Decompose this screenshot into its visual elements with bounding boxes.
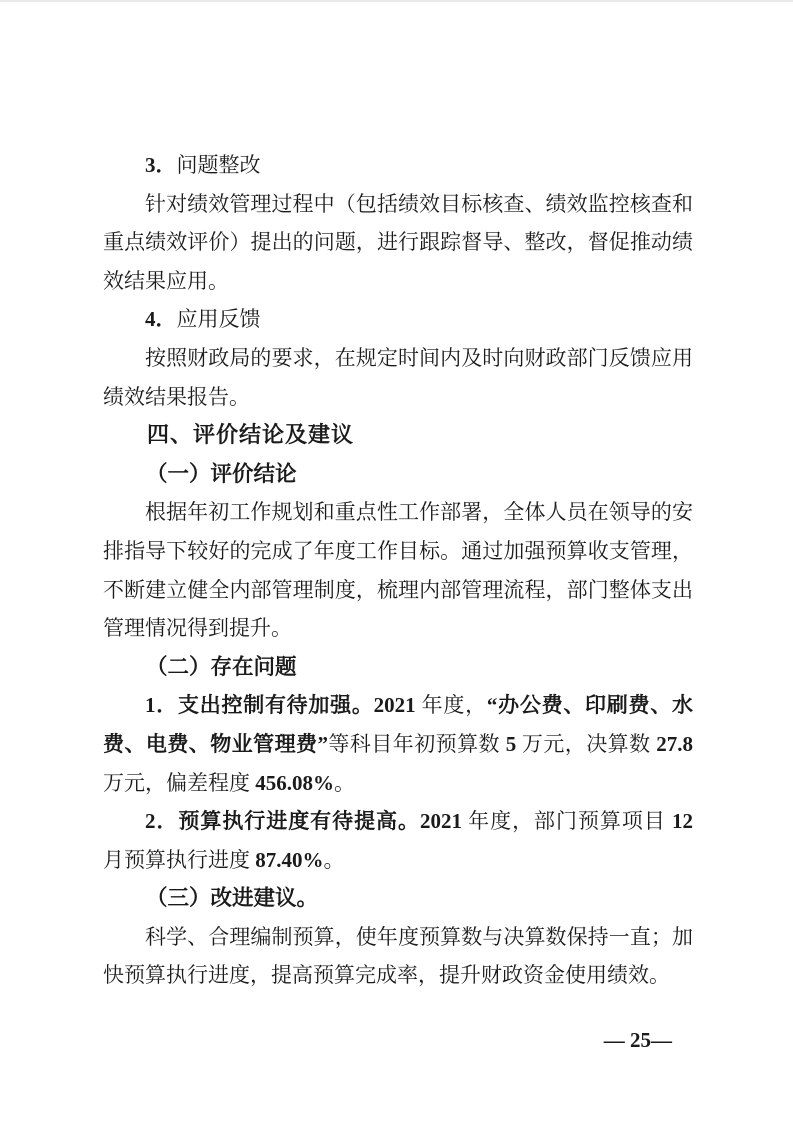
page-number: — 25— xyxy=(0,1028,672,1053)
heading-label: 应用反馈 xyxy=(177,307,261,331)
deviation-percentage: 456.08% xyxy=(255,771,334,795)
paragraph-feedback-measures: 按照财政局的要求，在规定时间内及时向财政部门反馈应用绩效结果报告。 xyxy=(103,339,693,416)
month-value: 12 xyxy=(672,809,693,833)
body-text: 年度，部门预算项目 xyxy=(462,809,672,833)
body-text: 。 xyxy=(334,771,355,795)
scan-edge-artifact xyxy=(0,0,793,2)
body-text: 等科目年初预算数 xyxy=(328,732,506,756)
year-value: 2021 xyxy=(374,693,416,717)
heading-problem-rectification: 3．问题整改 xyxy=(103,146,693,185)
body-text: 万元，决算数 xyxy=(516,732,656,756)
year-value: 2021 xyxy=(420,809,462,833)
heading-application-feedback: 4．应用反馈 xyxy=(103,300,693,339)
subheading-evaluation-conclusion: （一）评价结论 xyxy=(103,455,693,494)
paragraph-improvement-suggestions: 科学、合理编制预算，使年度预算数与决算数保持一直；加快预算执行进度，提高预算完成… xyxy=(103,918,693,995)
body-text: 万元，偏差程度 xyxy=(103,771,255,795)
final-accounts-value: 27.8 xyxy=(656,732,693,756)
subheading-existing-problems: （二）存在问题 xyxy=(103,648,693,687)
execution-percentage: 87.40% xyxy=(255,848,323,872)
item-number: 1． xyxy=(145,693,178,717)
paragraph-problem-expenditure-control: 1．支出控制有待加强。2021 年度，“办公费、印刷费、水费、电费、物业管理费”… xyxy=(103,686,693,802)
document-page: 3．问题整改 针对绩效管理过程中（包括绩效目标核查、绩效监控核查和重点绩效评价）… xyxy=(0,0,793,1122)
paragraph-rectification-measures: 针对绩效管理过程中（包括绩效目标核查、绩效监控核查和重点绩效评价）提出的问题，进… xyxy=(103,185,693,301)
heading-number: 3． xyxy=(145,153,177,177)
body-text: 年度， xyxy=(416,693,487,717)
item-number: 2． xyxy=(145,809,178,833)
subheading-improvement-suggestions: （三）改进建议。 xyxy=(103,879,693,918)
report-body: 3．问题整改 针对绩效管理过程中（包括绩效目标核查、绩效监控核查和重点绩效评价）… xyxy=(103,146,693,995)
heading-number: 4． xyxy=(145,307,177,331)
item-lead: 支出控制有待加强。 xyxy=(178,693,374,717)
paragraph-evaluation-conclusion: 根据年初工作规划和重点性工作部署，全体人员在领导的安排指导下较好的完成了年度工作… xyxy=(103,493,693,647)
body-text: 。 xyxy=(324,848,345,872)
heading-label: 问题整改 xyxy=(177,153,261,177)
paragraph-problem-budget-execution: 2．预算执行进度有待提高。2021 年度，部门预算项目 12 月预算执行进度 8… xyxy=(103,802,693,879)
item-lead: 预算执行进度有待提高。 xyxy=(178,809,420,833)
budget-value: 5 xyxy=(506,732,517,756)
heading-conclusions-recommendations: 四、评价结论及建议 xyxy=(103,416,693,455)
body-text: 月预算执行进度 xyxy=(103,848,255,872)
